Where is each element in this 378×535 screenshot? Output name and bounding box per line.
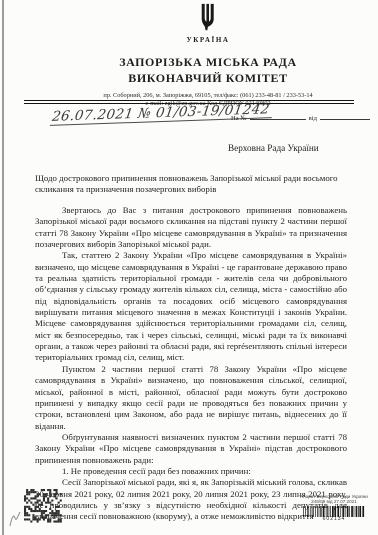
paragraph: 1. Не проведення сесії ради без поважних… [35,466,347,477]
registration-stamp: Апарат Верховної Ради України 249/09 від… [294,494,374,522]
subject-line: Щодо дострокового припинення повноважень… [35,173,347,196]
incoming-reference-blank: На №від [231,113,370,122]
vid-label: від [309,115,317,122]
document-page: УКРАЇНА ЗАПОРІЗЬКА МІСЬКА РАДА ВИКОНАВЧИ… [0,0,378,535]
country-label: УКРАЇНА [19,36,378,44]
na-label: На № [231,115,247,122]
organization-unit: ВИКОНАВЧИЙ КОМІТЕТ [19,71,378,86]
letterhead: УКРАЇНА ЗАПОРІЗЬКА МІСЬКА РАДА ВИКОНАВЧИ… [19,3,378,107]
paragraph: Звертаюсь до Вас з питання дострокового … [35,205,347,250]
stamp-number-line: 249/09 від 27.07.2021 [294,499,374,504]
pen-mark [6,506,24,530]
organization-name: ЗАПОРІЗЬКА МІСЬКА РАДА [19,55,378,70]
paragraph: Обґрунтування наявності визначених пункт… [35,432,347,466]
barcode [294,506,374,517]
scan-edge-line [2,0,4,535]
letter-body: Звертаюсь до Вас з питання дострокового … [35,205,347,523]
address-line: пр. Соборний, 206, м. Запоріжжя, 69105, … [19,92,378,99]
paragraph: Так, статтею 2 Закону України «Про місце… [35,250,347,363]
paragraph: Пунктом 2 частини першої статті 78 Закон… [35,364,347,432]
blank-line [320,113,370,120]
reference-row: 26.07.2021 № 01/03-19/01242 На №від [25,104,360,128]
blank-line [250,113,306,120]
ukraine-trident-emblem [19,3,378,34]
addressee: Верховна Рада України [228,143,319,153]
barcode-number: 602134 [294,517,374,522]
qr-code [24,489,62,523]
